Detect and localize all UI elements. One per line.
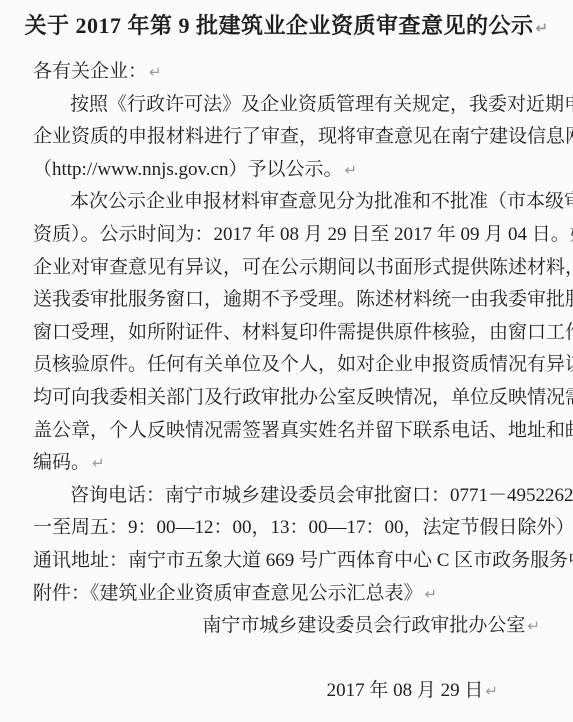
paragraph-mark-icon: ↵ [149,63,162,81]
text-line: 企业资质的申报材料进行了审查，现将审查意见在南宁建设信息网 [33,121,540,154]
text-line: 均可向我委相关部门及行政审批办公室反映情况，单位反映情况需加 [33,382,540,415]
text-line-content: 盖公章，个人反映情况需签署真实姓名并留下联系电话、地址和邮政 [33,420,573,441]
text-line-content: 一至周五：9：00—12：00，13：00—17：00，法定节假日除外） [33,517,573,538]
document-title-text: 关于 2017 年第 9 批建筑业企业资质审查意见的公示 [24,13,533,38]
text-line: 通讯地址：南宁市五象大道 669 号广西体育中心 C 区市政务服务中心↵ [33,545,540,578]
text-line: 附件：《建筑业企业资质审查意见公示汇总表》↵ [33,578,540,611]
text-line-content: 南宁市城乡建设委员会行政审批办公室 [202,615,525,636]
paragraph-mark-icon: ↵ [344,161,357,179]
text-line-content: （http://www.nnjs.gov.cn）予以公示。 [33,159,342,180]
paragraph-mark-icon: ↵ [485,682,498,700]
text-line-content: 企业资质的申报材料进行了审查，现将审查意见在南宁建设信息网 [33,126,573,147]
text-line: 一至周五：9：00—12：00，13：00—17：00，法定节假日除外）↵ [33,512,540,545]
text-line-content: 本次公示企业申报材料审查意见分为批准和不批准（市本级审批 [70,191,573,212]
text-line: 企业对审查意见有异议，可在公示期间以书面形式提供陈述材料，报 [33,252,540,285]
text-line: 按照《行政许可法》及企业资质管理有关规定，我委对近期申请 [33,89,540,122]
text-line-content: 员核验原件。任何有关单位及个人，如对企业申报资质情况有异议的， [33,354,573,375]
text-line-content: 窗口受理，如所附证件、材料复印件需提供原件核验，由窗口工作人 [33,322,573,343]
text-line: （http://www.nnjs.gov.cn）予以公示。↵ [33,154,540,187]
text-line: 员核验原件。任何有关单位及个人，如对企业申报资质情况有异议的， [33,349,540,382]
text-line-content: 附件：《建筑业企业资质审查意见公示汇总表》 [33,583,423,604]
text-line [33,643,540,676]
text-line-content: 企业对审查意见有异议，可在公示期间以书面形式提供陈述材料，报 [33,257,573,278]
paragraph-mark-icon: ↵ [527,617,540,635]
text-line: 南宁市城乡建设委员会行政审批办公室↵ [33,610,540,643]
text-line-content: 编码。 [33,452,90,473]
text-line: 送我委审批服务窗口，逾期不予受理。陈述材料统一由我委审批服务 [33,284,540,317]
document-title: 关于 2017 年第 9 批建筑业企业资质审查意见的公示↵ [0,0,573,44]
text-line-content: 按照《行政许可法》及企业资质管理有关规定，我委对近期申请 [70,94,573,115]
notice-document-page: 关于 2017 年第 9 批建筑业企业资质审查意见的公示↵ 各有关企业：↵按照《… [0,0,573,722]
paragraph-mark-icon: ↵ [92,454,105,472]
document-body: 各有关企业：↵按照《行政许可法》及企业资质管理有关规定，我委对近期申请企业资质的… [33,56,540,708]
text-line: 本次公示企业申报材料审查意见分为批准和不批准（市本级审批 [33,186,540,219]
text-line-content: 通讯地址：南宁市五象大道 669 号广西体育中心 C 区市政务服务中心 [33,550,573,571]
text-line: 资质）。公示时间为：2017 年 08 月 29 日至 2017 年 09 月 … [33,219,540,252]
text-line-content: 资质）。公示时间为：2017 年 08 月 29 日至 2017 年 09 月 … [33,224,573,245]
text-line-content: 均可向我委相关部门及行政审批办公室反映情况，单位反映情况需加 [33,387,573,408]
text-line-content: 送我委审批服务窗口，逾期不予受理。陈述材料统一由我委审批服务 [33,289,573,310]
text-line: 盖公章，个人反映情况需签署真实姓名并留下联系电话、地址和邮政 [33,415,540,448]
paragraph-mark-icon: ↵ [425,585,438,603]
text-line-content: 各有关企业： [33,61,147,82]
text-line: 各有关企业：↵ [33,56,540,89]
text-line: 2017 年 08 月 29 日↵ [33,675,540,708]
text-line: 咨询电话：南宁市城乡建设委员会审批窗口：0771－4952262（周 [33,480,540,513]
text-line: 窗口受理，如所附证件、材料复印件需提供原件核验，由窗口工作人 [33,317,540,350]
text-line-content: 2017 年 08 月 29 日 [327,680,484,701]
text-line: 编码。↵ [33,447,540,480]
text-line-content: 咨询电话：南宁市城乡建设委员会审批窗口：0771－4952262（周 [70,485,573,506]
paragraph-mark-icon: ↵ [535,19,548,37]
